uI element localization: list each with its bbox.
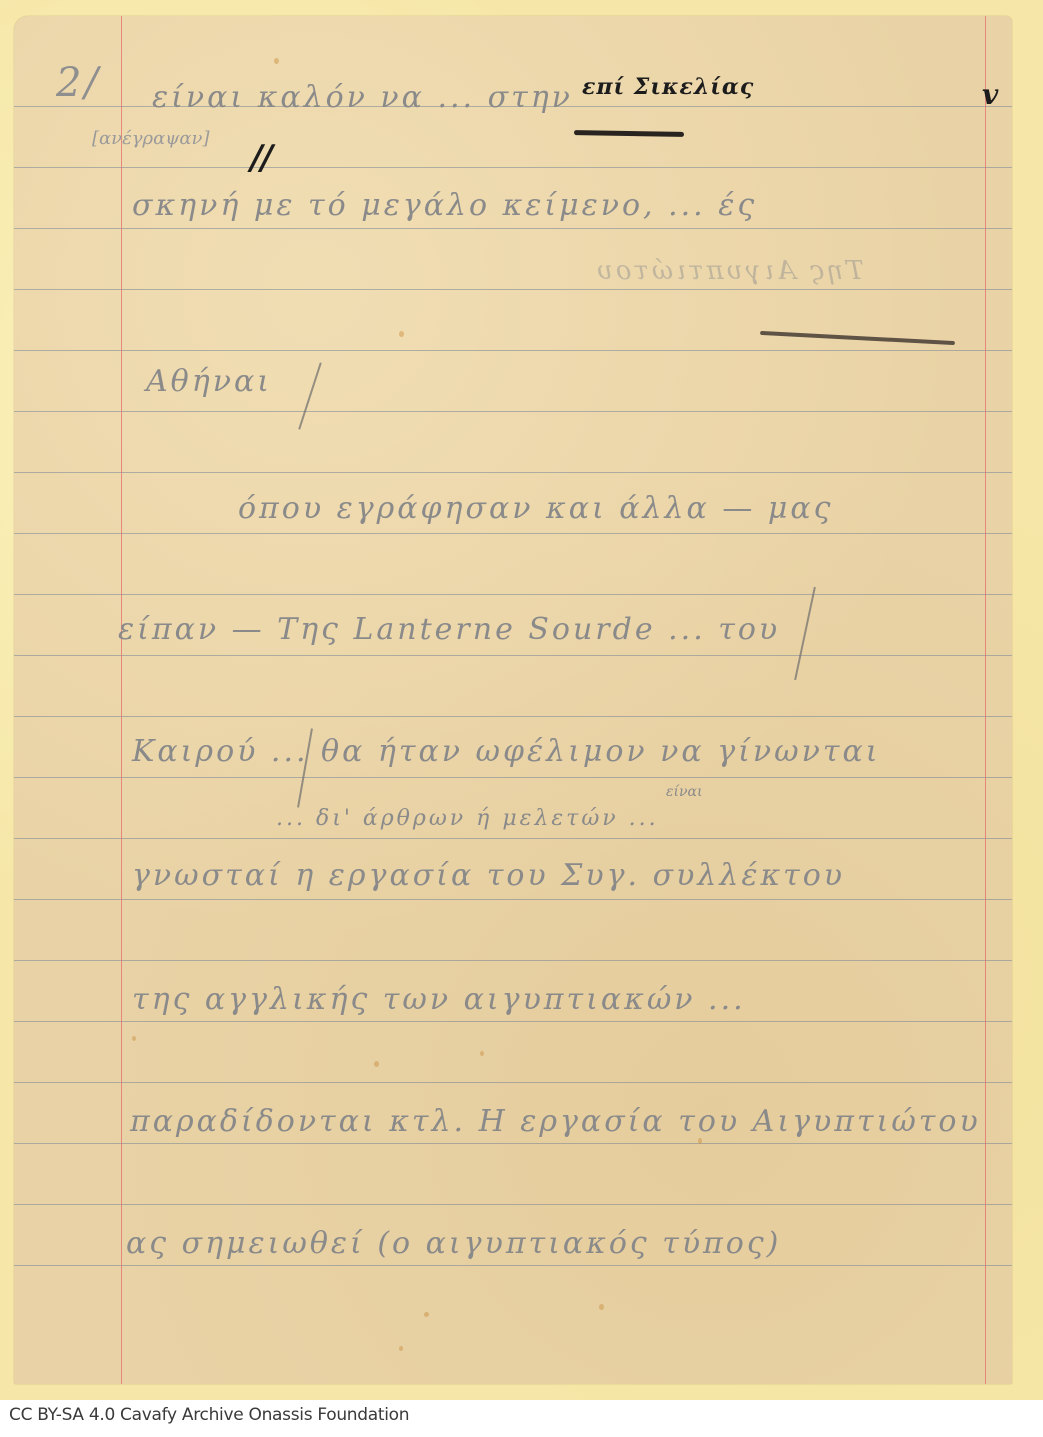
ruled-line xyxy=(14,1204,1012,1205)
ruled-line xyxy=(14,777,1012,778)
manuscript-line-2: σκηνή με τό μεγάλο κείμενο, ... ές xyxy=(132,188,757,223)
ruled-line xyxy=(14,594,1012,595)
manuscript-line-10: παραδίδονται κτλ. Η εργασία του Αιγυπτιώ… xyxy=(130,1104,981,1139)
ruled-line xyxy=(14,899,1012,900)
manuscript-line-9: της αγγλικής των αιγυπτιακών ... xyxy=(132,982,746,1017)
manuscript-page: 2/ επί Σικελίας είναι καλόν να ... στην … xyxy=(14,16,1012,1384)
ruled-line xyxy=(14,289,1012,290)
mirror-offset-text: Της Αιγυπτιώτου xyxy=(594,256,864,286)
ruled-line xyxy=(14,960,1012,961)
right-margin-line xyxy=(985,16,986,1384)
ruled-line xyxy=(14,167,1012,168)
ink-double-stroke: // xyxy=(250,138,271,178)
ruled-line xyxy=(14,655,1012,656)
charcoal-dash xyxy=(760,331,955,345)
ruled-line xyxy=(14,411,1012,412)
ruled-line xyxy=(14,472,1012,473)
ruled-line xyxy=(14,533,1012,534)
stain xyxy=(599,1304,604,1310)
ruled-line xyxy=(14,1265,1012,1266)
left-margin-line xyxy=(121,16,122,1384)
ruled-line xyxy=(14,1082,1012,1083)
license-caption: CC BY-SA 4.0 Cavafy Archive Onassis Foun… xyxy=(9,1405,409,1425)
ruled-line xyxy=(14,716,1012,717)
manuscript-line-6: Καιρού ... θα ήταν ωφέλιμον να γίνωνται xyxy=(132,734,880,769)
stain xyxy=(480,1051,484,1056)
manuscript-line-3: Αθήναι xyxy=(146,364,272,399)
ruled-line xyxy=(14,350,1012,351)
manuscript-line-5: είπαν — Της Lanterne Sourde ... του xyxy=(118,612,780,647)
manuscript-line-4: όπου εγράφησαν και άλλα — μας xyxy=(238,491,833,526)
ruled-line xyxy=(14,1021,1012,1022)
manuscript-line-11: ας σημειωθεί (ο αιγυπτιακός τύπος) xyxy=(126,1226,781,1261)
page-number-mark: 2/ xyxy=(56,60,101,106)
ink-tick-mark: v xyxy=(982,78,1001,111)
stain xyxy=(399,331,404,337)
ruled-line xyxy=(14,1143,1012,1144)
insertion-mark xyxy=(794,587,816,680)
superscript-insertion: είναι xyxy=(666,784,702,800)
stain xyxy=(374,1061,379,1067)
ink-insertion: επί Σικελίας xyxy=(582,74,754,100)
stain xyxy=(424,1312,429,1317)
insertion-mark xyxy=(298,362,322,429)
ruled-line xyxy=(14,228,1012,229)
stain xyxy=(399,1346,403,1351)
stain xyxy=(132,1036,136,1041)
manuscript-line-7-interlinear: ... δι' άρθρων ή μελετών ... xyxy=(276,806,659,831)
manuscript-line-8: γνωσταί η εργασία του Συγ. συλλέκτου xyxy=(132,858,845,893)
ink-strikethrough xyxy=(574,130,684,137)
manuscript-line-1: είναι καλόν να ... στην xyxy=(152,80,573,115)
ruled-line xyxy=(14,838,1012,839)
bracketed-margin-note: [ανέγραψαν] xyxy=(92,128,210,149)
stain xyxy=(274,58,279,64)
